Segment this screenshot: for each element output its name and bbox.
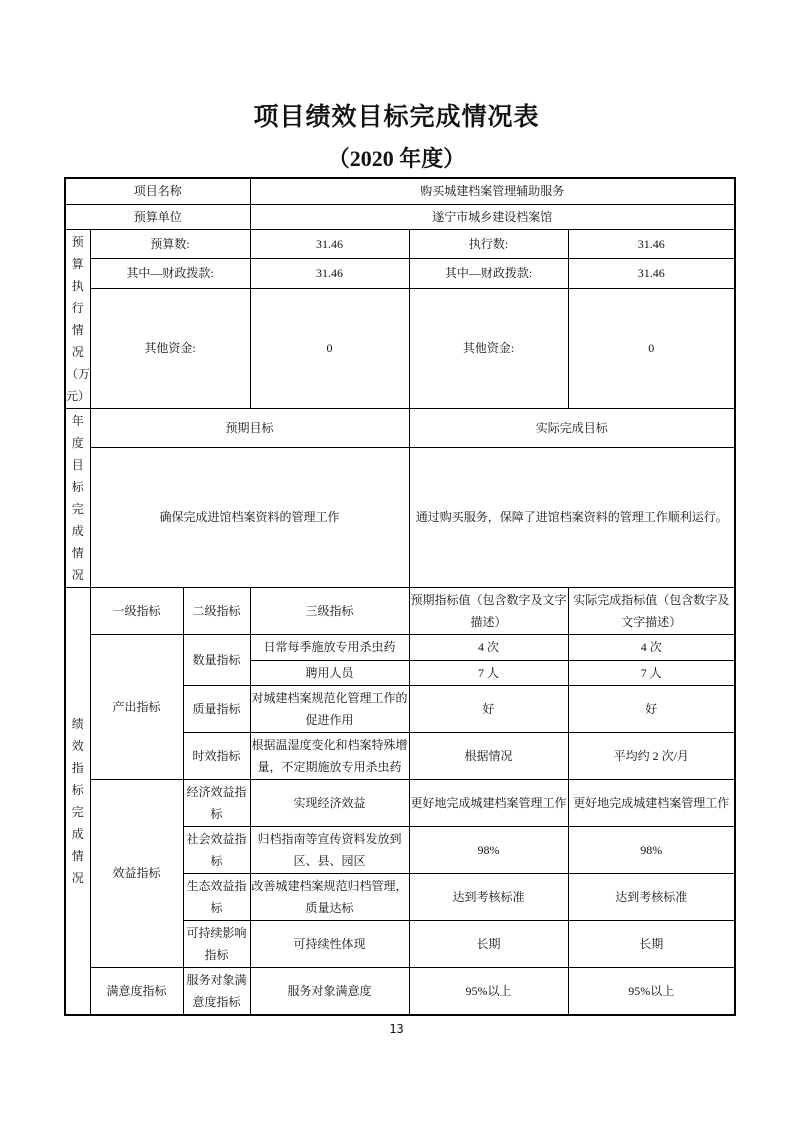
expected-staff: 7 人 <box>409 660 568 685</box>
actual-ecological: 达到考核标准 <box>568 873 735 920</box>
budget-amount-value: 31.46 <box>250 229 409 259</box>
level2-economic: 经济效益指标 <box>183 779 250 826</box>
project-name-value: 购买城建档案管理辅助服务 <box>250 178 735 204</box>
level2-ecological: 生态效益指标 <box>183 873 250 920</box>
level3-timeliness: 根据温湿度变化和档案特殊增量，不定期施放专用杀虫药 <box>250 732 409 779</box>
group-output-indicator: 产出指标 <box>90 634 183 779</box>
execution-amount-label: 执行数: <box>409 229 568 259</box>
actual-sustainable: 长期 <box>568 920 735 967</box>
page-title: 项目绩效目标完成情况表 <box>0 97 793 133</box>
actual-pesticide: 4 次 <box>568 634 735 660</box>
actual-goal-header: 实际完成目标 <box>409 408 735 448</box>
expected-quality: 好 <box>409 685 568 732</box>
expected-sustainable: 长期 <box>409 920 568 967</box>
budget-unit-value: 遂宁市城乡建设档案馆 <box>250 204 735 229</box>
level2-social: 社会效益指标 <box>183 826 250 873</box>
header-level1: 一级指标 <box>90 587 183 634</box>
expected-goal-header: 预期目标 <box>90 408 409 448</box>
expected-social: 98% <box>409 826 568 873</box>
project-name-label: 项目名称 <box>65 178 250 204</box>
goal-content-row: 确保完成进馆档案资料的管理工作 通过购买服务，保障了进馆档案资料的管理工作顺利运… <box>65 448 735 587</box>
document-page: 项目绩效目标完成情况表 （2020 年度） 项目名称 购买城建档案管理辅助服务 … <box>0 0 793 1122</box>
level3-staff: 聘用人员 <box>250 660 409 685</box>
level3-quality: 对城建档案规范化管理工作的促进作用 <box>250 685 409 732</box>
level3-sustainable: 可持续性体现 <box>250 920 409 967</box>
execution-other-label: 其他资金: <box>409 288 568 408</box>
performance-table: 项目名称 购买城建档案管理辅助服务 预算单位 遂宁市城乡建设档案馆 预算执行情况… <box>64 177 736 1016</box>
actual-social: 98% <box>568 826 735 873</box>
level3-satisfaction: 服务对象满意度 <box>250 967 409 1015</box>
actual-goal-text: 通过购买服务，保障了进馆档案资料的管理工作顺利运行。 <box>409 448 735 587</box>
level3-economic: 实现经济效益 <box>250 779 409 826</box>
actual-economic: 更好地完成城建档案管理工作 <box>568 779 735 826</box>
expected-pesticide: 4 次 <box>409 634 568 660</box>
project-name-row: 项目名称 购买城建档案管理辅助服务 <box>65 178 735 204</box>
execution-other-value: 0 <box>568 288 735 408</box>
execution-amount-value: 31.46 <box>568 229 735 259</box>
budget-other-label: 其他资金: <box>90 288 250 408</box>
level2-quantity: 数量指标 <box>183 634 250 685</box>
budget-section-label: 预算执行情况（万元） <box>65 229 90 408</box>
budget-row-other: 其他资金: 0 其他资金: 0 <box>65 288 735 408</box>
actual-quality: 好 <box>568 685 735 732</box>
indicator-row-quantity-1: 产出指标 数量指标 日常每季施放专用杀虫药 4 次 4 次 <box>65 634 735 660</box>
budget-row-amount: 预算执行情况（万元） 预算数: 31.46 执行数: 31.46 <box>65 229 735 259</box>
execution-fiscal-label: 其中—财政拨款: <box>409 259 568 289</box>
actual-staff: 7 人 <box>568 660 735 685</box>
indicators-section-label: 绩效指标完成情况 <box>65 587 90 1015</box>
indicator-row-economic: 效益指标 经济效益指标 实现经济效益 更好地完成城建档案管理工作 更好地完成城建… <box>65 779 735 826</box>
budget-row-fiscal: 其中—财政拨款: 31.46 其中—财政拨款: 31.46 <box>65 259 735 289</box>
budget-amount-label: 预算数: <box>90 229 250 259</box>
level2-sustainable: 可持续影响指标 <box>183 920 250 967</box>
indicator-row-satisfaction: 满意度指标 服务对象满意度指标 服务对象满意度 95%以上 95%以上 <box>65 967 735 1015</box>
indicator-header-row: 绩效指标完成情况 一级指标 二级指标 三级指标 预期指标值（包含数字及文字描述）… <box>65 587 735 634</box>
budget-unit-label: 预算单位 <box>65 204 250 229</box>
level3-pesticide: 日常每季施放专用杀虫药 <box>250 634 409 660</box>
budget-fiscal-label: 其中—财政拨款: <box>90 259 250 289</box>
header-actual-value: 实际完成指标值（包含数字及文字描述） <box>568 587 735 634</box>
expected-satisfaction: 95%以上 <box>409 967 568 1015</box>
group-satisfaction-indicator: 满意度指标 <box>90 967 183 1015</box>
level3-social: 归档指南等宣传资料发放到区、县、园区 <box>250 826 409 873</box>
header-level2: 二级指标 <box>183 587 250 634</box>
budget-fiscal-value: 31.46 <box>250 259 409 289</box>
group-benefit-indicator: 效益指标 <box>90 779 183 967</box>
expected-goal-text: 确保完成进馆档案资料的管理工作 <box>90 448 409 587</box>
annual-goal-section-label: 年度目标完成情况 <box>65 408 90 587</box>
expected-timeliness: 根据情况 <box>409 732 568 779</box>
level2-timeliness: 时效指标 <box>183 732 250 779</box>
actual-timeliness: 平均约 2 次/月 <box>568 732 735 779</box>
expected-economic: 更好地完成城建档案管理工作 <box>409 779 568 826</box>
page-subtitle: （2020 年度） <box>0 142 793 173</box>
budget-other-value: 0 <box>250 288 409 408</box>
goal-header-row: 年度目标完成情况 预期目标 实际完成目标 <box>65 408 735 448</box>
level2-satisfaction: 服务对象满意度指标 <box>183 967 250 1015</box>
header-expected-value: 预期指标值（包含数字及文字描述） <box>409 587 568 634</box>
execution-fiscal-value: 31.46 <box>568 259 735 289</box>
level2-quality: 质量指标 <box>183 685 250 732</box>
header-level3: 三级指标 <box>250 587 409 634</box>
page-number: 13 <box>0 1022 793 1036</box>
actual-satisfaction: 95%以上 <box>568 967 735 1015</box>
expected-ecological: 达到考核标准 <box>409 873 568 920</box>
budget-unit-row: 预算单位 遂宁市城乡建设档案馆 <box>65 204 735 229</box>
level3-ecological: 改善城建档案规范归档管理，质量达标 <box>250 873 409 920</box>
